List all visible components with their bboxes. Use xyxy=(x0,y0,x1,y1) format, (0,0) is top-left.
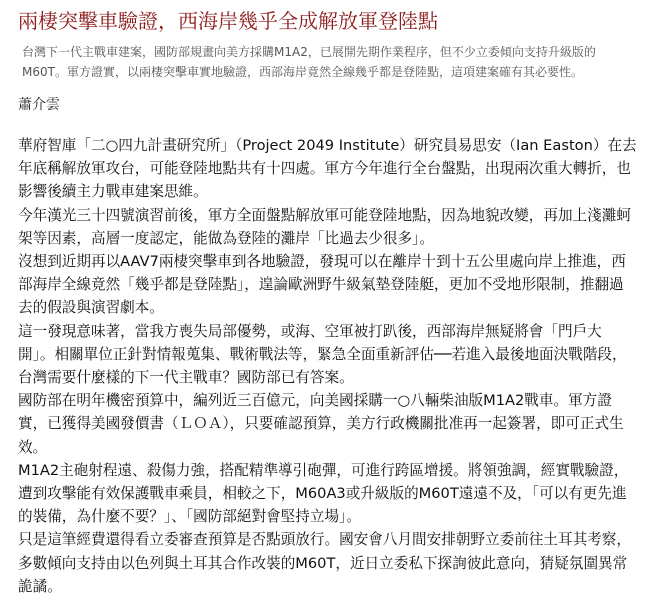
article-title: 兩棲突擊車驗證，西海岸幾乎全成解放軍登陸點 xyxy=(18,9,438,33)
paragraph-2: 今年漢光三十四號演習前後，軍方全面盤點解放軍可能登陸地點，因為地貌改變，再加上淺… xyxy=(18,204,638,250)
paragraph-5: 國防部在明年機密預算中，編列近三百億元，向美國採購一○八輛柴油版M1A2戰車。軍… xyxy=(18,389,638,459)
article-author: 蕭介雲 xyxy=(18,95,60,115)
paragraph-1: 華府智庫「二○四九計畫研究所」（Project 2049 Institute）研… xyxy=(18,134,638,204)
article-summary: 台灣下一代主戰車建案，國防部規畫向美方採購M1A2，已展開先期作業程序，但不少立… xyxy=(22,42,622,82)
paragraph-3: 沒想到近期再以AAV7兩棲突擊車到各地驗證，發現可以在離岸十到十五公里處向岸上推… xyxy=(18,250,638,320)
paragraph-7: 只是這筆經費還得看立委審查預算是否點頭放行。國安會八月間安排朝野立委前往土耳其考… xyxy=(18,528,638,598)
article-body: 華府智庫「二○四九計畫研究所」（Project 2049 Institute）研… xyxy=(18,134,638,598)
paragraph-4: 這一發現意味著，當我方喪失局部優勢，或海、空軍被打趴後，西部海岸無疑將會「門戶大… xyxy=(18,320,638,390)
paragraph-6: M1A2主砲射程遠、殺傷力強，搭配精準導引砲彈，可進行跨區增援。將領強調，經實戰… xyxy=(18,459,638,529)
